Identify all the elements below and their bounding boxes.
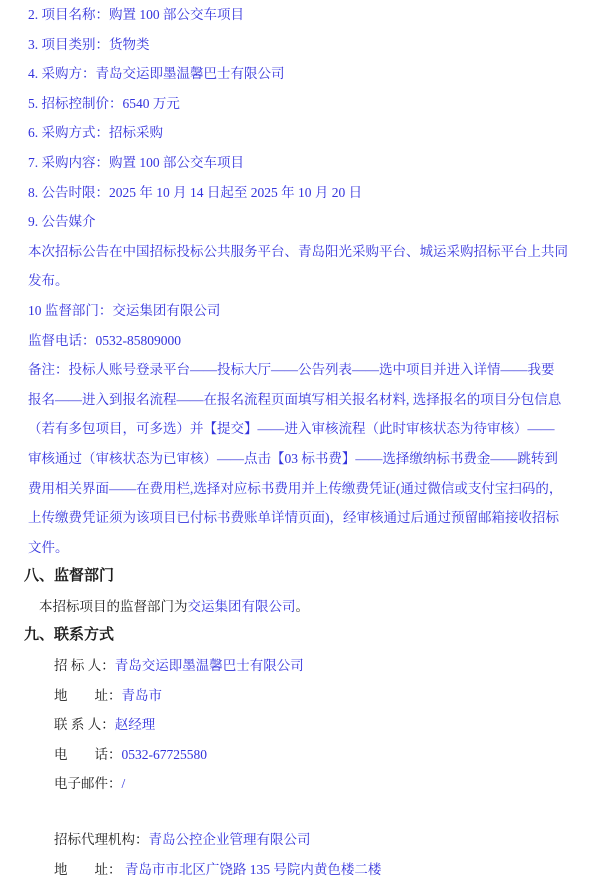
doc-line-2: 3. 项目类别：货物类 (28, 30, 589, 60)
doc-text-blue-segment: 5. 招标控制价：6540 万元 (28, 96, 180, 111)
doc-text-blue-segment: 青岛市市北区广饶路 135 号院内黄色楼二楼 (125, 862, 382, 877)
doc-text-segment: 九、联系方式 (24, 627, 114, 643)
doc-line-26: 电 话：0532-67725580 (54, 740, 589, 770)
doc-text-blue-segment: 0532-67725580 (122, 747, 208, 762)
doc-text-blue-segment: 8. 公告时限：2025 年 10 月 14 日起至 2025 年 10 月 2… (28, 185, 362, 200)
doc-text-blue-segment: 上传缴费凭证须为该项目已付标书费账单详情页面)，经审核通过后通过预留邮箱接收招标 (28, 510, 559, 525)
doc-line-5: 6. 采购方式：招标采购 (28, 118, 589, 148)
doc-line-27: 电子邮件：/ (54, 769, 589, 799)
doc-text-blue-segment: 青岛市 (122, 688, 163, 703)
doc-text-blue-segment: 报名——进入到报名流程——在报名流程页面填写相关报名材料, 选择报名的项目分包信… (28, 392, 561, 407)
doc-text-blue-segment: 交运集团有限公司 (188, 599, 296, 614)
doc-line-7: 8. 公告时限：2025 年 10 月 14 日起至 2025 年 10 月 2… (28, 178, 589, 208)
doc-text-segment: 联 系 人： (54, 717, 115, 732)
doc-text-blue-segment: （若有多包项目，可多选）并【提交】——进入审核流程（此时审核状态为待审核）—— (28, 421, 555, 436)
doc-line-14: 报名——进入到报名流程——在报名流程页面填写相关报名材料, 选择报名的项目分包信… (28, 385, 589, 415)
doc-text-blue-segment: 10 监督部门：交运集团有限公司 (28, 303, 220, 318)
doc-text-segment: 地 址： (54, 862, 125, 877)
doc-text-blue-segment: 本次招标公告在中国招标投标公共服务平台、青岛阳光采购平台、城运采购招标平台上共同 (28, 244, 568, 259)
doc-line-13: 备注：投标人账号登录平台——投标大厅——公告列表——选中项目并进入详情——我要 (28, 355, 589, 385)
doc-text-blue-segment: 费用相关界面——在费用栏,选择对应标书费用并上传缴费凭证(通过微信或支付宝扫码的… (28, 481, 562, 496)
doc-text-segment: 招标代理机构： (54, 832, 149, 847)
doc-line-20: 八、监督部门 (24, 562, 589, 592)
doc-text-segment: 电 话： (54, 747, 122, 762)
doc-line-6: 7. 采购内容：购置 100 部公交车项目 (28, 148, 589, 178)
doc-line-28: 招标代理机构：青岛公控企业管理有限公司 (54, 825, 589, 855)
doc-line-1: 2. 项目名称：购置 100 部公交车项目 (28, 0, 589, 30)
doc-text-blue-segment: 2. 项目名称：购置 100 部公交车项目 (28, 7, 244, 22)
doc-text-segment: 电子邮件： (54, 776, 122, 791)
doc-line-11: 10 监督部门：交运集团有限公司 (28, 296, 589, 326)
doc-line-21: 本招标项目的监督部门为交运集团有限公司。 (39, 592, 589, 622)
doc-line-12: 监督电话：0532-85809000 (28, 326, 589, 356)
doc-text-segment: 招 标 人： (54, 658, 115, 673)
doc-text-blue-segment: 青岛交运即墨温馨巴士有限公司 (115, 658, 304, 673)
doc-line-4: 5. 招标控制价：6540 万元 (28, 89, 589, 119)
doc-text-blue-segment: 发布。 (28, 273, 69, 288)
doc-text-blue-segment: 6. 采购方式：招标采购 (28, 125, 163, 140)
doc-text-blue-segment: 文件。 (28, 540, 69, 555)
doc-line-17: 费用相关界面——在费用栏,选择对应标书费用并上传缴费凭证(通过微信或支付宝扫码的… (28, 474, 589, 504)
doc-text-blue-segment: 9. 公告媒介 (28, 214, 96, 229)
doc-text-blue-segment: / (122, 776, 126, 791)
doc-line-18: 上传缴费凭证须为该项目已付标书费账单详情页面)，经审核通过后通过预留邮箱接收招标 (28, 503, 589, 533)
doc-line-23: 招 标 人：青岛交运即墨温馨巴士有限公司 (54, 651, 589, 681)
doc-text-blue-segment: 监督电话：0532-85809000 (28, 333, 181, 348)
doc-line-9: 本次招标公告在中国招标投标公共服务平台、青岛阳光采购平台、城运采购招标平台上共同 (28, 237, 589, 267)
doc-text-segment: 地 址： (54, 688, 122, 703)
doc-text-segment: 八、监督部门 (24, 568, 114, 584)
doc-text-blue-segment: 备注：投标人账号登录平台——投标大厅——公告列表——选中项目并进入详情——我要 (28, 362, 555, 377)
doc-line-8: 9. 公告媒介 (28, 207, 589, 237)
doc-line-15: （若有多包项目，可多选）并【提交】——进入审核流程（此时审核状态为待审核）—— (28, 414, 589, 444)
doc-text-blue-segment: 审核通过（审核状态为已审核）——点击【03 标书费】——选择缴纳标书费金——跳转… (28, 451, 558, 466)
doc-line-29: 地 址： 青岛市市北区广饶路 135 号院内黄色楼二楼 (54, 855, 589, 883)
doc-text-segment: 。 (296, 599, 310, 614)
doc-text-blue-segment: 4. 采购方：青岛交运即墨温馨巴士有限公司 (28, 66, 285, 81)
doc-text-blue-segment: 7. 采购内容：购置 100 部公交车项目 (28, 155, 244, 170)
doc-line-25: 联 系 人：赵经理 (54, 710, 589, 740)
doc-line-10: 发布。 (28, 266, 589, 296)
doc-line-19: 文件。 (28, 533, 589, 563)
doc-text-blue-segment: 青岛公控企业管理有限公司 (149, 832, 311, 847)
doc-line-3: 4. 采购方：青岛交运即墨温馨巴士有限公司 (28, 59, 589, 89)
document-page: 2. 项目名称：购置 100 部公交车项目3. 项目类别：货物类4. 采购方：青… (0, 0, 589, 883)
doc-line-16: 审核通过（审核状态为已审核）——点击【03 标书费】——选择缴纳标书费金——跳转… (28, 444, 589, 474)
doc-line-24: 地 址：青岛市 (54, 681, 589, 711)
doc-text-blue-segment: 赵经理 (115, 717, 156, 732)
doc-text-segment: 本招标项目的监督部门为 (39, 599, 188, 614)
doc-line-22: 九、联系方式 (24, 621, 589, 651)
doc-text-blue-segment: 3. 项目类别：货物类 (28, 37, 150, 52)
